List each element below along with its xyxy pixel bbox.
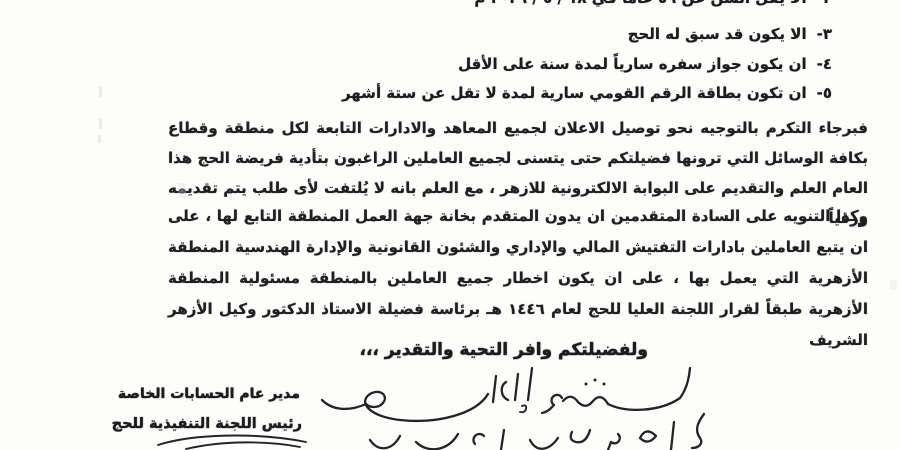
list-item-2-text: الا يقل السن عن ٥٦ عاماً في ١٨ / ٥ / ٢٠٢… <box>474 0 806 7</box>
list-item-5-text: ان تكون بطاقة الرقم القومي سارية لمدة لا… <box>342 84 807 102</box>
paragraph-instructions: وكذا التنويه على السادة المتقدمين ان يدو… <box>168 201 868 356</box>
scan-artifact <box>890 280 897 290</box>
list-item-5: ٥-ان تكون بطاقة الرقم القومي سارية لمدة … <box>342 84 832 102</box>
scan-artifact <box>98 135 101 143</box>
signature-swoosh <box>152 433 312 450</box>
scan-artifact <box>99 86 102 97</box>
signature-title-director: مدير عام الحسابات الخاصة <box>118 386 300 402</box>
list-item-3-text: الا يكون قد سبق له الحج <box>628 25 807 43</box>
handwritten-signature <box>308 356 713 450</box>
list-item-4-text: ان يكون جواز سفره سارياً لمدة سنة على ال… <box>458 55 807 73</box>
list-item-4-number: ٤- <box>817 55 832 73</box>
document-page: ٢-الا يقل السن عن ٥٦ عاماً في ١٨ / ٥ / ٢… <box>0 0 900 450</box>
list-item-2: ٢-الا يقل السن عن ٥٦ عاماً في ١٨ / ٥ / ٢… <box>474 0 832 7</box>
list-item-4: ٤-ان يكون جواز سفره سارياً لمدة سنة على … <box>458 55 832 73</box>
list-item-3: ٣-الا يكون قد سبق له الحج <box>628 25 832 43</box>
signature-title-committee-head: رئيس اللجنة التنفيذية للحج <box>112 416 302 432</box>
list-item-2-number: ٢- <box>817 0 832 7</box>
scan-artifact <box>178 183 186 198</box>
scan-artifact <box>99 118 102 129</box>
list-item-3-number: ٣- <box>817 25 832 43</box>
list-item-5-number: ٥- <box>817 84 832 102</box>
